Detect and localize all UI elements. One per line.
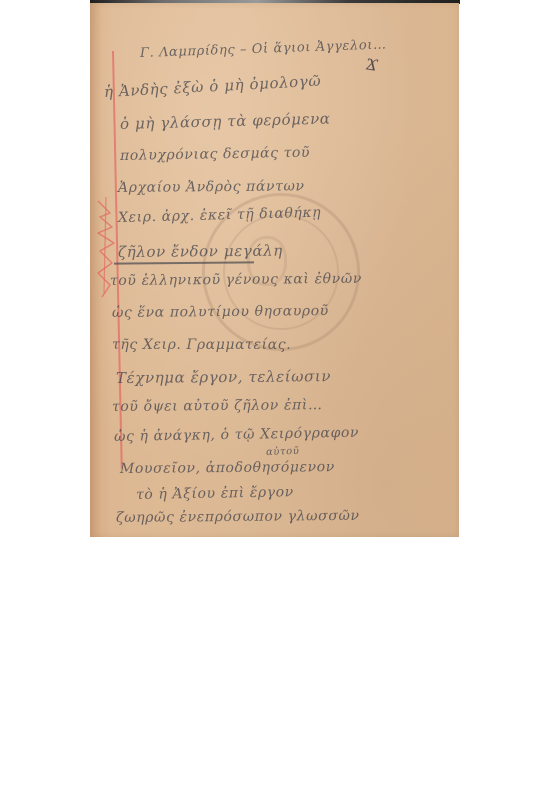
text-line: πολυχρόνιας δεσμάς τοῦ: [120, 145, 310, 164]
text-line: ζωηρῶς ἐνεπρόσωπον γλωσσῶν: [116, 508, 360, 526]
text-line: ὁ μὴ γλάσσῃ τὰ φερόμενα: [120, 109, 331, 133]
text-line: ἡ Ἀνδὴς ἐξὼ ὁ μὴ ὁμολογῶ: [104, 72, 322, 101]
text-line: τοῦ ἑλληνικοῦ γένους καὶ ἐθνῶν: [110, 271, 362, 289]
text-line: τοῦ ὄψει αὐτοῦ ζῆλον ἐπὶ…: [112, 397, 323, 415]
superscript-insertion: αὐτοῦ: [266, 446, 300, 458]
text-line: Τέχνημα ἔργον, τελείωσιν: [116, 367, 331, 387]
paper-sheet: Γ. Λαμπρίδης – Οἱ ἅγιοι Ἀγγελοι… Ϫ ἡ Ἀνδ…: [90, 3, 459, 537]
text-line: Ἀρχαίου Ἀνδρὸς πάντων: [118, 178, 305, 196]
text-line: Μουσεῖον, ἀποδοθησόμενον: [120, 459, 335, 477]
page-mark: Ϫ: [365, 54, 378, 75]
text-line: ὡς ἕνα πολυτίμου θησαυροῦ: [112, 303, 329, 321]
text-line: ὡς ἡ ἀνάγκη, ὁ τῷ Χειρόγραφον: [114, 425, 359, 445]
text-line: ζῆλον ἔνδον μεγάλη: [118, 242, 283, 261]
page-canvas: Γ. Λαμπρίδης – Οἱ ἅγιοι Ἀγγελοι… Ϫ ἡ Ἀνδ…: [0, 0, 549, 800]
header-line: Γ. Λαμπρίδης – Οἱ ἅγιοι Ἀγγελοι…: [140, 37, 387, 61]
text-line: τῆς Χειρ. Γραμματείας.: [112, 337, 291, 353]
text-line: τὸ ἡ Ἀξίου ἐπὶ ἔργον: [136, 484, 294, 503]
